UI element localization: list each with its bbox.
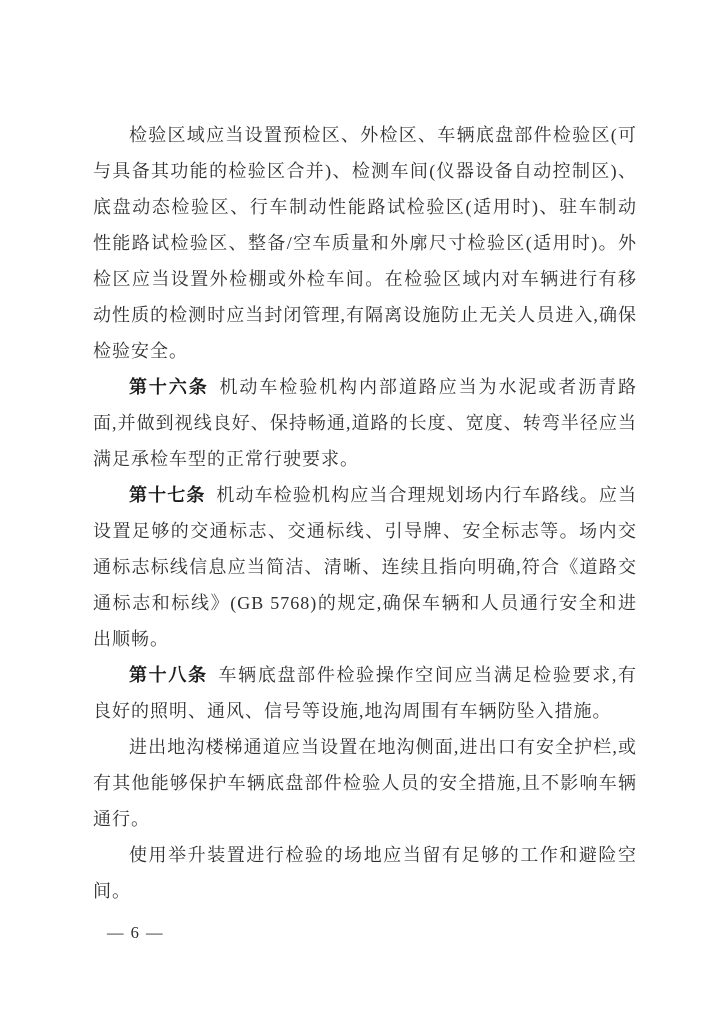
paragraph-article-16: 第十六条机动车检验机构内部道路应当为水泥或者沥青路面,并做到视线良好、保持畅通,… <box>93 369 637 477</box>
article-17-label: 第十七条 <box>129 485 206 505</box>
document-page: 检验区域应当设置预检区、外检区、车辆底盘部件检验区(可与具备其功能的检验区合并)… <box>0 0 724 1024</box>
article-18-label: 第十八条 <box>129 665 208 685</box>
paragraph-pit-stairs: 进出地沟楼梯通道应当设置在地沟侧面,进出口有安全护栏,或有其他能够保护车辆底盘部… <box>93 729 637 837</box>
page-number: — 6 — <box>107 923 637 943</box>
paragraph-article-17: 第十七条机动车检验机构应当合理规划场内行车路线。应当设置足够的交通标志、交通标线… <box>93 477 637 657</box>
paragraph-text: 机动车检验机构应当合理规划场内行车路线。应当设置足够的交通标志、交通标线、引导牌… <box>93 485 637 649</box>
paragraph-lift-device: 使用举升装置进行检验的场地应当留有足够的工作和避险空间。 <box>93 837 637 909</box>
paragraph-text: 使用举升装置进行检验的场地应当留有足够的工作和避险空间。 <box>93 845 637 901</box>
paragraph-text: 进出地沟楼梯通道应当设置在地沟侧面,进出口有安全护栏,或有其他能够保护车辆底盘部… <box>93 737 637 829</box>
paragraph-article-18: 第十八条车辆底盘部件检验操作空间应当满足检验要求,有良好的照明、通风、信号等设施… <box>93 657 637 729</box>
paragraph-text: 检验区域应当设置预检区、外检区、车辆底盘部件检验区(可与具备其功能的检验区合并)… <box>93 125 637 361</box>
paragraph-inspection-areas: 检验区域应当设置预检区、外检区、车辆底盘部件检验区(可与具备其功能的检验区合并)… <box>93 117 637 369</box>
article-16-label: 第十六条 <box>129 377 209 397</box>
